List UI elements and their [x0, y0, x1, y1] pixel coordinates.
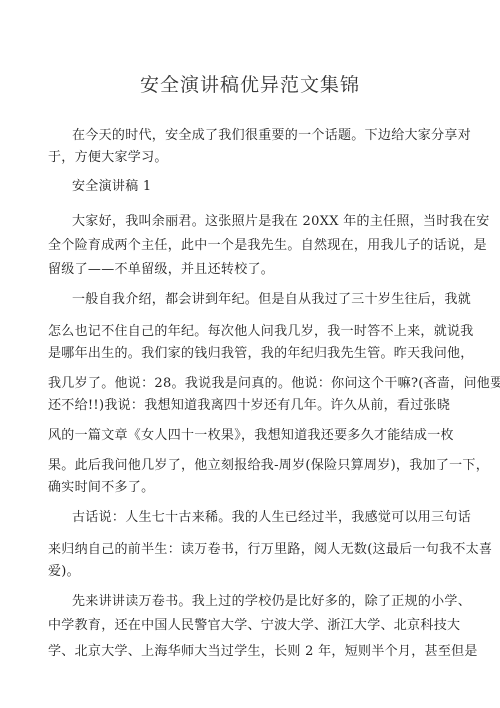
- document-title: 安全演讲稿优异范文集锦: [0, 70, 500, 97]
- text-line: 安全演讲稿 1: [72, 175, 152, 194]
- text-line: 来归纳自己的前半生：读万卷书，行万里路，阅人无数(这最后一句我不太喜: [48, 538, 492, 557]
- text-line: 确实时间不多了。: [48, 476, 154, 495]
- text-line: 风的一篇文章《女人四十一枚果》，我想知道我还要多久才能结成一枚: [48, 424, 454, 443]
- text-line: 在今天的时代，安全成了我们很重要的一个话题。下边给大家分享对: [72, 124, 471, 143]
- text-line: 中学教育，还在中国人民警官大学、宁波大学、浙江大学、北京科技大: [48, 614, 460, 633]
- text-line: 留级了——不单留级，并且还转校了。: [48, 258, 274, 277]
- text-line: 一般自我介绍，都会讲到年纪。但是自从我过了三十岁生往后，我就: [72, 288, 471, 307]
- text-line: 爱)。: [48, 560, 80, 579]
- text-line: 先来讲讲读万卷书。我上过的学校仍是比好多的，除了正规的小学、: [72, 590, 471, 609]
- text-line: 全个险育成两个主任，此中一个是我先生。自然现在，用我儿子的话说，是: [48, 234, 487, 253]
- text-line: 是哪年出生的。我们家的钱归我管，我的年纪归我先生管。昨天我问他，: [48, 342, 474, 361]
- text-line: 古话说：人生七十古来稀。我的人生已经过半，我感觉可以用三句话: [72, 506, 471, 525]
- text-line: 我几岁了。他说：28。我说我是问真的。他说：你问这个干嘛?(吝啬，问他要: [48, 372, 500, 391]
- text-line: 于，方便大家学习。: [48, 146, 168, 165]
- text-line: 还不给!!)我说：我想知道我离四十岁还有几年。许久从前，看过张晓: [48, 394, 450, 413]
- text-line: 果。此后我问他几岁了，他立刻报给我-周岁(保险只算周岁)，我加了一下，: [48, 454, 489, 473]
- text-line: 学、北京大学、上海华师大当过学生，长则 2 年，短则半个月，甚至但是: [48, 640, 478, 659]
- text-line: 怎么也记不住自己的年纪。每次他人问我几岁，我一时答不上来，就说我: [48, 320, 474, 339]
- text-line: 大家好，我叫余丽君。这张照片是我在 20XX 年的主任照，当时我在安: [72, 210, 490, 229]
